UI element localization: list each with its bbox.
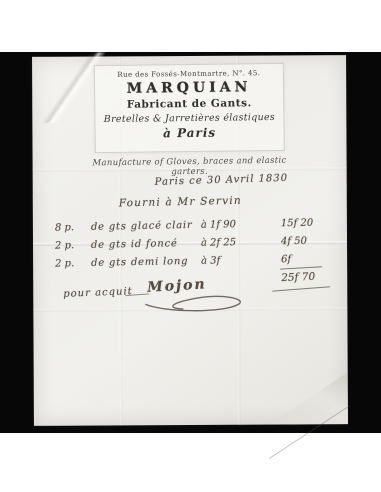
invoice-items: 8 p. de gts glacé clair à 1f 90 15f 20 2… [55, 219, 323, 274]
item-unit-price: à 3f [201, 255, 265, 267]
item-quantity: 2 p. [55, 258, 91, 270]
signature-flourish [143, 292, 247, 315]
item-amount: 4f 50 [265, 235, 323, 247]
label-address: Rue des Fossés-Montmartre, N°. 45. [95, 69, 283, 79]
item-unit-price: à 2f 25 [201, 237, 265, 249]
item-unit-price: à 1f 90 [201, 219, 265, 231]
item-quantity: 2 p. [55, 240, 91, 252]
label-merchant-name: MARQUIAN [95, 79, 283, 97]
manuscript-recipient-line: Fourni à Mr Servin [119, 195, 242, 210]
folded-corner [270, 372, 348, 424]
item-quantity: 8 p. [55, 222, 91, 234]
item-description: de gts demi long [91, 256, 201, 269]
label-trade-line: Fabricant de Gants. [95, 97, 283, 111]
item-description: de gts id foncé [91, 238, 201, 251]
item-amount: 6f [265, 253, 323, 265]
photo-mat: Rue des Fossés-Montmartre, N°. 45. MARQU… [0, 0, 381, 492]
invoice-total: 25f 70 [281, 271, 315, 284]
label-city-line: à Paris [96, 125, 284, 141]
receipt-note: pour acquit [63, 286, 133, 300]
photo-background: Rue des Fossés-Montmartre, N°. 45. MARQU… [0, 52, 381, 433]
invoice-paper: Rue des Fossés-Montmartre, N°. 45. MARQU… [32, 55, 348, 426]
item-description: de gts glacé clair [91, 220, 201, 233]
printed-label: Rue des Fossés-Montmartre, N°. 45. MARQU… [94, 63, 285, 153]
item-amount: 15f 20 [265, 217, 323, 229]
total-rule-bottom [272, 286, 330, 291]
label-products-line: Bretelles & Jarretières élastiques [95, 112, 283, 125]
